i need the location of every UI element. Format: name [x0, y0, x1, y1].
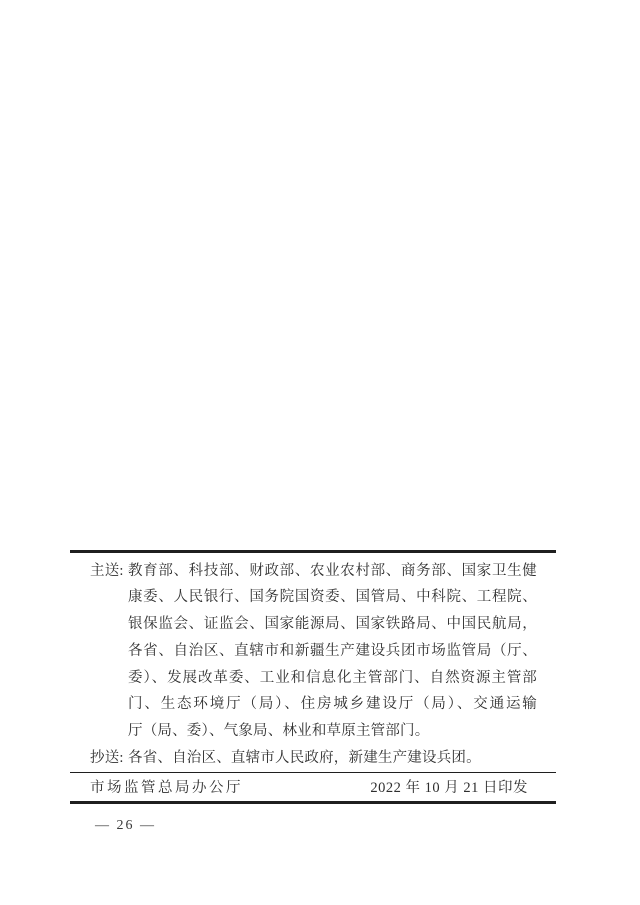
copy-distribution-text: 各省、自治区、直辖市人民政府，新建生产建设兵团。: [128, 745, 537, 772]
main-distribution-line: 银保监会、证监会、国家能源局、国家铁路局、中国民航局，: [128, 611, 537, 638]
main-distribution-line: 康委、人民银行、国务院国资委、国管局、中科院、工程院、: [128, 584, 537, 611]
main-distribution-row: 主送: 教育部、科技部、财政部、农业农村部、商务部、国家卫生健 康委、人民银行、…: [90, 558, 537, 746]
main-distribution-line: 委）、发展改革委、工业和信息化主管部门、自然资源主管部: [128, 665, 537, 692]
main-distribution-line: 各省、自治区、直辖市和新疆生产建设兵团市场监管局（厅、: [128, 638, 537, 665]
copy-distribution-label: 抄送:: [90, 745, 128, 772]
distribution-colophon-block: 主送: 教育部、科技部、财政部、农业农村部、商务部、国家卫生健 康委、人民银行、…: [70, 550, 556, 834]
distribution-list: 主送: 教育部、科技部、财政部、农业农村部、商务部、国家卫生健 康委、人民银行、…: [70, 553, 556, 772]
page-number: — 26 —: [95, 818, 556, 834]
document-page: 主送: 教育部、科技部、财政部、农业农村部、商务部、国家卫生健 康委、人民银行、…: [0, 0, 640, 905]
main-distribution-body: 教育部、科技部、财政部、农业农村部、商务部、国家卫生健 康委、人民银行、国务院国…: [128, 558, 537, 746]
main-distribution-label: 主送:: [90, 558, 128, 585]
copy-distribution-row: 抄送: 各省、自治区、直辖市人民政府，新建生产建设兵团。: [90, 745, 537, 772]
main-distribution-line: 门、生态环境厅（局）、住房城乡建设厅（局）、交通运输: [128, 691, 537, 718]
print-date: 2022 年 10 月 21 日印发: [370, 776, 528, 797]
main-distribution-line: 厅（局、委）、气象局、林业和草原主管部门。: [128, 718, 537, 745]
main-distribution-line: 教育部、科技部、财政部、农业农村部、商务部、国家卫生健: [128, 558, 537, 585]
colophon-row: 市场监管总局办公厅 2022 年 10 月 21 日印发: [70, 772, 556, 804]
issuing-office: 市场监管总局办公厅: [90, 776, 243, 797]
